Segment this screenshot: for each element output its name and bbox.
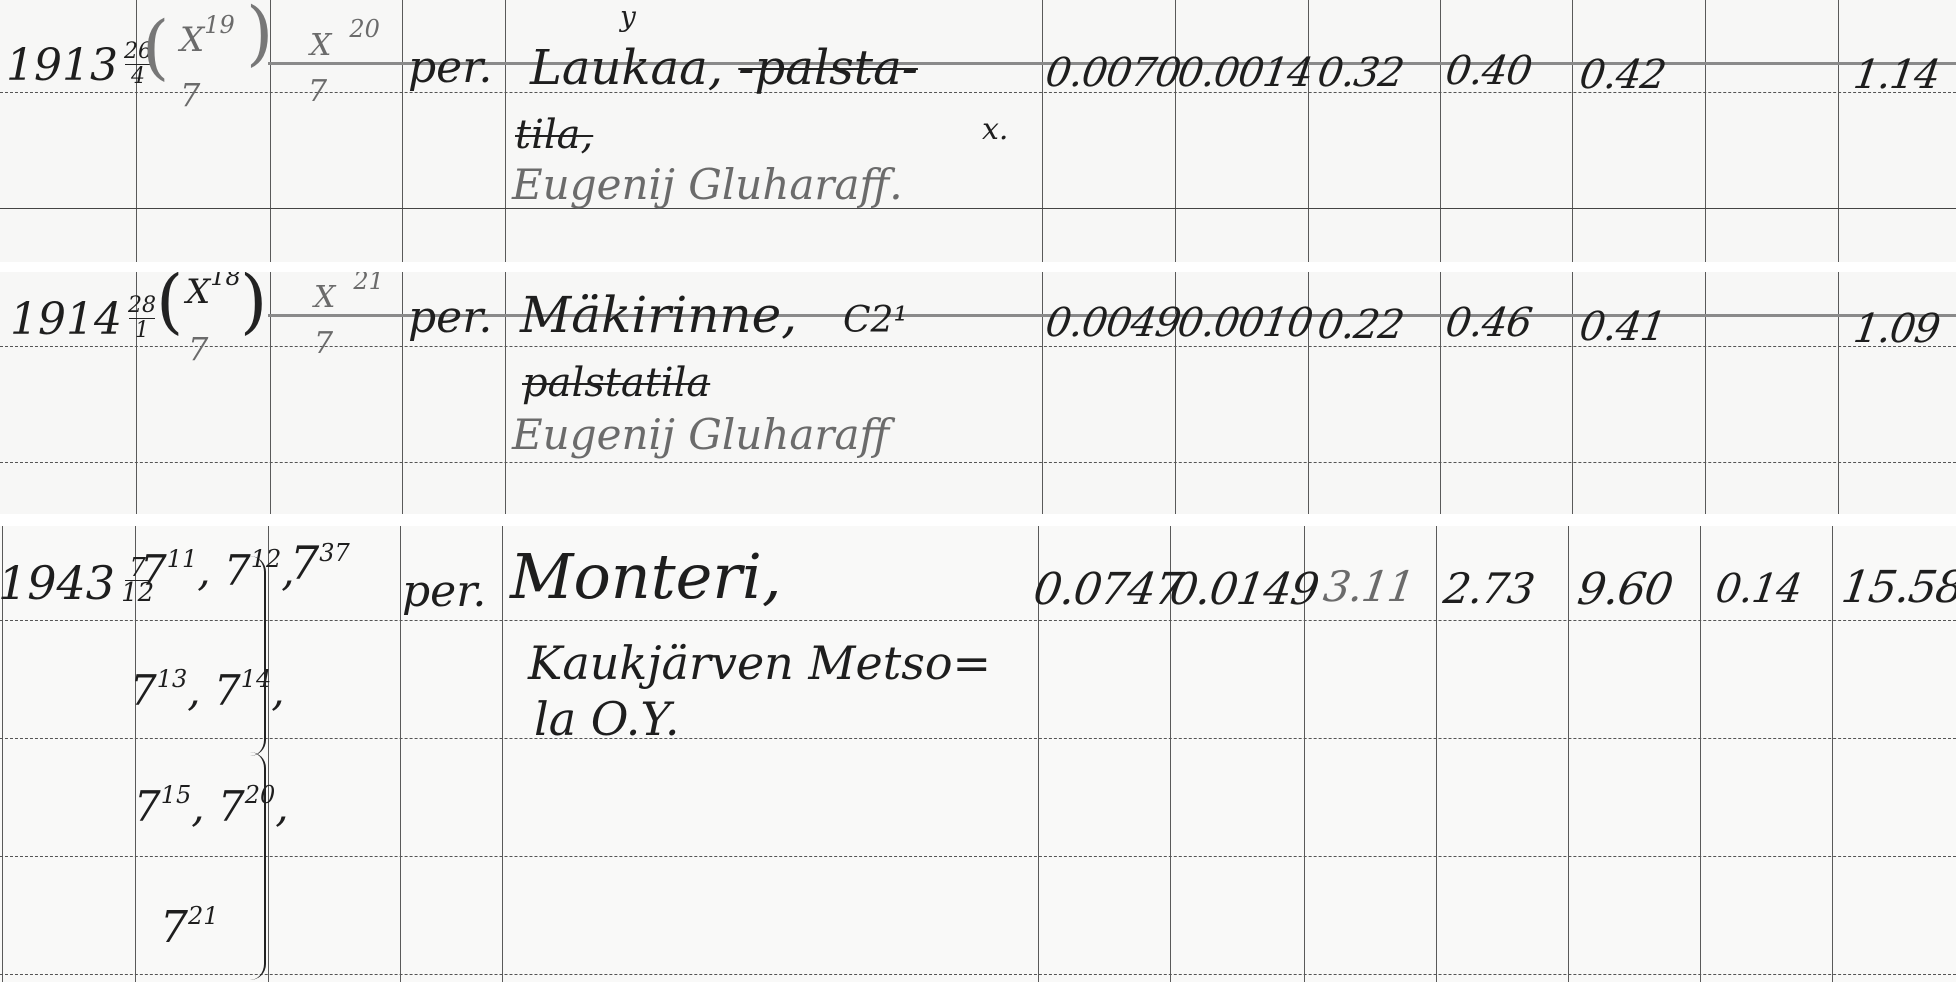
new-ref-sup: 20 xyxy=(349,15,380,43)
column-divider xyxy=(270,272,271,514)
parcel-base: 7 xyxy=(224,546,251,595)
column-divider xyxy=(1440,272,1441,514)
side-mark: x. xyxy=(982,112,1008,147)
entry-day-month: 281 xyxy=(128,294,156,343)
new-ref-base: X xyxy=(314,280,335,315)
parcel-sub: 7 xyxy=(188,330,208,368)
area-1: 0.0070 xyxy=(1043,50,1183,96)
parcel-ref: 721 xyxy=(160,902,219,953)
column-divider xyxy=(1705,0,1706,262)
open-paren-mark: ( xyxy=(142,6,169,88)
parcel-base: 7 xyxy=(130,666,157,715)
row-rule xyxy=(0,346,1956,347)
estate-name: Laukaa, -palsta- xyxy=(530,40,918,96)
new-parcel-ref: X20 xyxy=(310,28,380,63)
entry-year: 1914 xyxy=(10,294,122,345)
column-divider xyxy=(1440,0,1441,262)
row-rule xyxy=(0,738,1956,739)
parcel-sup: 18 xyxy=(210,272,241,291)
value-1: 0.32 xyxy=(1315,50,1407,96)
grouping-brace xyxy=(250,556,266,756)
column-divider xyxy=(1175,0,1176,262)
per-label: per. xyxy=(408,292,492,343)
value-2: 0.40 xyxy=(1443,48,1535,94)
grouping-brace xyxy=(250,752,266,980)
parcel-base: 7 xyxy=(214,666,241,715)
total-value: 1.09 xyxy=(1851,306,1943,352)
area-2: 0.0010 xyxy=(1175,300,1315,346)
row-rule xyxy=(0,462,1956,463)
column-divider xyxy=(1700,526,1701,982)
total-value: 1.14 xyxy=(1851,52,1943,98)
estate-section-code: C2¹ xyxy=(843,300,908,341)
column-divider xyxy=(1572,0,1573,262)
date-day: 28 xyxy=(128,294,156,318)
ledger-entry-1914: 1914281 ( ) X18 7 X21 7 per. Mäkirinne, … xyxy=(0,272,1956,514)
estate-name-suffix: -palsta- xyxy=(738,40,918,96)
parcel-base: 7 xyxy=(218,782,245,831)
entry-year: 1913 xyxy=(6,40,118,91)
entry-date: 1914281 xyxy=(10,294,156,345)
column-divider xyxy=(1705,272,1706,514)
column-divider xyxy=(1838,0,1839,262)
area-1: 0.0049 xyxy=(1043,300,1183,346)
new-ref-sup: 37 xyxy=(319,539,350,567)
parcel-sup: 19 xyxy=(204,11,235,39)
column-divider xyxy=(400,526,401,982)
estate-name: Mäkirinne, C2¹ xyxy=(520,286,908,344)
parcel-base: X xyxy=(180,20,204,60)
value-3: 0.42 xyxy=(1577,52,1669,98)
value-4: 0.14 xyxy=(1713,566,1805,612)
value-3: 0.41 xyxy=(1577,304,1669,350)
estate-name-text: Mäkirinne, xyxy=(520,286,797,344)
new-ref-sub: 7 xyxy=(308,74,327,109)
value-2: 0.46 xyxy=(1443,300,1535,346)
parcel-sup: 11 xyxy=(167,545,198,573)
value-1: 3.11 xyxy=(1321,562,1417,611)
column-divider xyxy=(1832,526,1833,982)
column-divider xyxy=(1568,526,1569,982)
new-ref-base: X xyxy=(310,28,331,63)
row-rule xyxy=(0,856,1956,857)
estate-name: Monteri, xyxy=(510,540,782,613)
parcel-base: X xyxy=(186,272,210,312)
new-parcel-ref: X21 xyxy=(314,280,384,315)
parcel-sup: 13 xyxy=(157,665,188,693)
ledger-entry-1943: 1943712 711, 712, 713, 714, 715, 720, 72… xyxy=(0,526,1956,982)
parcel-base: 7 xyxy=(140,546,167,595)
value-2: 2.73 xyxy=(1441,564,1537,613)
column-divider xyxy=(505,272,506,514)
entry-year: 1943 xyxy=(0,556,115,610)
estate-type: palstatila xyxy=(522,360,710,406)
estate-name-text: Laukaa, xyxy=(530,40,723,96)
new-ref-base: 7 xyxy=(290,536,319,590)
owner-name: Eugenij Gluharaff xyxy=(512,410,889,459)
parcel-sub: 7 xyxy=(180,76,200,114)
parcel-sup: 21 xyxy=(188,902,219,930)
entry-date: 1943712 xyxy=(0,556,154,610)
column-divider xyxy=(1308,0,1309,262)
column-divider xyxy=(1572,272,1573,514)
value-3: 9.60 xyxy=(1574,564,1675,615)
ledger-entry-1913: 1913264 ( ) X19 7 X20 7 per. y Laukaa, -… xyxy=(0,0,1956,262)
row-rule xyxy=(0,208,1956,209)
value-1: 0.22 xyxy=(1315,302,1407,348)
date-month: 1 xyxy=(135,319,149,343)
column-divider xyxy=(1042,0,1043,262)
estate-type: tila, xyxy=(515,112,593,158)
per-label: per. xyxy=(402,566,486,617)
name-correction-mark: y xyxy=(620,0,636,33)
row-rule xyxy=(0,620,1956,621)
area-1: 0.0747 xyxy=(1030,564,1185,615)
column-divider xyxy=(1838,272,1839,514)
new-ref-sup: 21 xyxy=(353,272,384,295)
row-rule xyxy=(0,974,1956,975)
column-divider xyxy=(402,0,403,262)
column-divider xyxy=(1042,272,1043,514)
parcel-ref: X19 xyxy=(180,20,235,60)
parcel-sup: 15 xyxy=(161,781,192,809)
parcel-base: 7 xyxy=(160,902,188,953)
area-2: 0.0149 xyxy=(1166,564,1321,615)
close-paren-mark: ) xyxy=(246,0,273,74)
open-paren-mark: ( xyxy=(156,272,183,342)
owner-name-line-2: la O.Y. xyxy=(534,692,679,746)
column-divider xyxy=(505,0,506,262)
column-divider xyxy=(1436,526,1437,982)
new-parcel-ref: 737 xyxy=(290,536,350,590)
close-paren-mark: ) xyxy=(240,272,267,342)
parcel-ref-pair: 711, 712, xyxy=(140,546,295,595)
column-divider xyxy=(502,526,503,982)
owner-name: Eugenij Gluharaff. xyxy=(512,160,903,209)
owner-name-line-1: Kaukjärven Metso= xyxy=(528,636,991,690)
column-divider xyxy=(402,272,403,514)
parcel-base: 7 xyxy=(134,782,161,831)
area-2: 0.0014 xyxy=(1175,50,1315,96)
total-value: 15.58 xyxy=(1838,562,1956,613)
entry-date: 1913264 xyxy=(6,40,152,91)
per-label: per. xyxy=(408,42,492,93)
parcel-ref: X18 xyxy=(186,272,241,312)
new-ref-sub: 7 xyxy=(314,326,333,361)
